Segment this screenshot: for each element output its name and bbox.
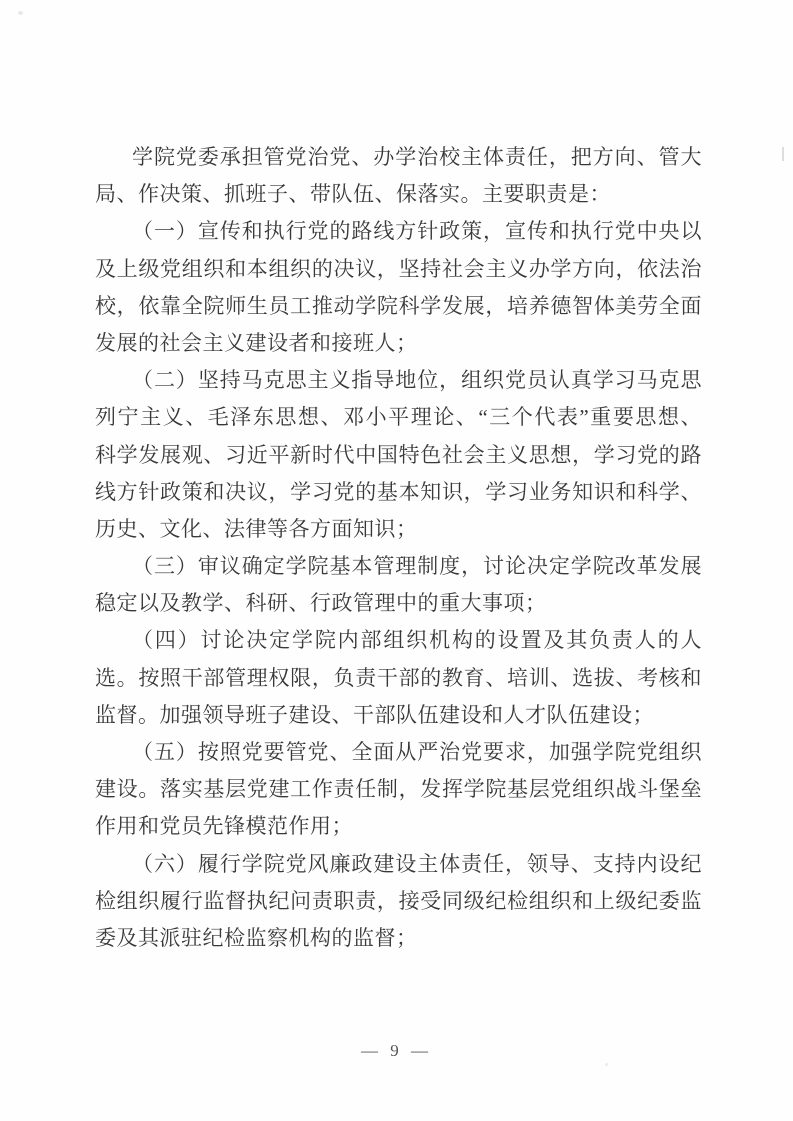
text-line: 列宁主义、毛泽东思想、邓小平理论、“三个代表”重要思想、 [95, 399, 702, 436]
text-line: 发展的社会主义建设者和接班人； [95, 325, 702, 362]
text-line: （四）讨论决定学院内部组织机构的设置及其负责人的人 [95, 622, 702, 659]
text-line: 局、作决策、抓班子、带队伍、保落实。主要职责是： [95, 176, 702, 213]
text-line: 建设。落实基层党建工作责任制，发挥学院基层党组织战斗堡垒 [95, 771, 702, 808]
text-line: （三）审议确定学院基本管理制度，讨论决定学院改革发展 [95, 548, 702, 585]
text-line: 及上级党组织和本组织的决议，坚持社会主义办学方向，依法治 [95, 251, 702, 288]
text-line: 科学发展观、习近平新时代中国特色社会主义思想，学习党的路 [95, 437, 702, 474]
scan-edge-artifact [782, 147, 784, 161]
text-line: 历史、文化、法律等各方面知识； [95, 511, 702, 548]
document-page: 学院党委承担管党治党、办学治校主体责任，把方向、管大局、作决策、抓班子、带队伍、… [0, 0, 793, 1121]
text-line: 学院党委承担管党治党、办学治校主体责任，把方向、管大 [95, 139, 702, 176]
paragraph: （二）坚持马克思主义指导地位，组织党员认真学习马克思列宁主义、毛泽东思想、邓小平… [95, 362, 702, 548]
text-line: 线方针政策和决议，学习党的基本知识，学习业务知识和科学、 [95, 474, 702, 511]
document-body: 学院党委承担管党治党、办学治校主体责任，把方向、管大局、作决策、抓班子、带队伍、… [95, 139, 702, 957]
scan-speck-icon [18, 11, 23, 15]
text-line: 校，依靠全院师生员工推动学院科学发展，培养德智体美劳全面 [95, 288, 702, 325]
text-line: 委及其派驻纪检监察机构的监督； [95, 920, 702, 957]
text-line: 检组织履行监督执纪问责职责，接受同级纪检组织和上级纪委监 [95, 883, 702, 920]
page-number: — 9 — [361, 1041, 432, 1060]
scan-speck-icon [605, 1063, 608, 1066]
text-line: （六）履行学院党风廉政建设主体责任，领导、支持内设纪 [95, 846, 702, 883]
text-line: 稳定以及教学、科研、行政管理中的重大事项； [95, 585, 702, 622]
page-footer: — 9 — [0, 1041, 793, 1061]
text-line: 作用和党员先锋模范作用； [95, 808, 702, 845]
paragraph: 学院党委承担管党治党、办学治校主体责任，把方向、管大局、作决策、抓班子、带队伍、… [95, 139, 702, 213]
paragraph: （五）按照党要管党、全面从严治党要求，加强学院党组织建设。落实基层党建工作责任制… [95, 734, 702, 846]
text-line: （一）宣传和执行党的路线方针政策，宣传和执行党中央以 [95, 213, 702, 250]
paragraph: （四）讨论决定学院内部组织机构的设置及其负责人的人选。按照干部管理权限，负责干部… [95, 622, 702, 734]
text-line: （二）坚持马克思主义指导地位，组织党员认真学习马克思 [95, 362, 702, 399]
text-line: （五）按照党要管党、全面从严治党要求，加强学院党组织 [95, 734, 702, 771]
text-line: 监督。加强领导班子建设、干部队伍建设和人才队伍建设； [95, 697, 702, 734]
paragraph: （三）审议确定学院基本管理制度，讨论决定学院改革发展稳定以及教学、科研、行政管理… [95, 548, 702, 622]
paragraph: （一）宣传和执行党的路线方针政策，宣传和执行党中央以及上级党组织和本组织的决议，… [95, 213, 702, 362]
paragraph: （六）履行学院党风廉政建设主体责任，领导、支持内设纪检组织履行监督执纪问责职责，… [95, 846, 702, 958]
text-line: 选。按照干部管理权限，负责干部的教育、培训、选拔、考核和 [95, 660, 702, 697]
